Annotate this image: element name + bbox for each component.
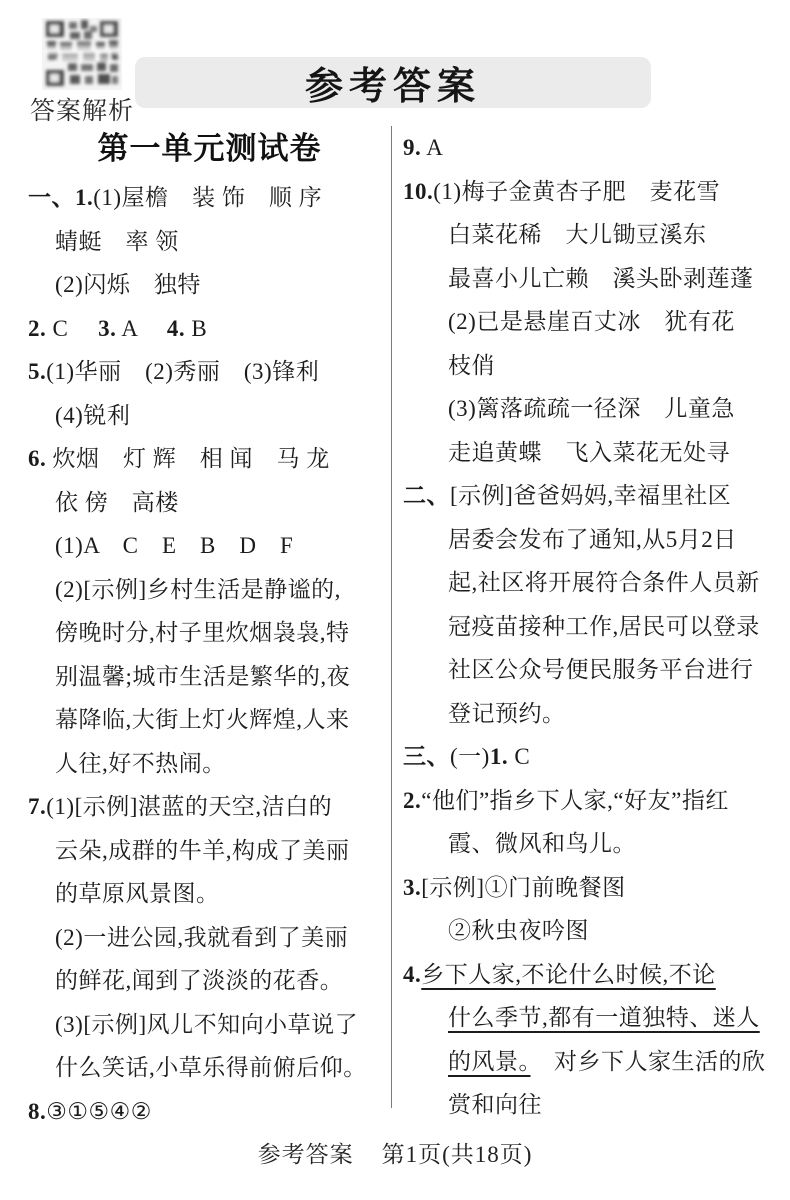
right-column: 9. A10.(1)梅子金黄杏子肥 麦花雪白菜花稀 大儿锄豆溪东最喜小儿亡赖 溪… [392,126,772,1133]
answer-text: (1)梅子金黄杏子肥 麦花雪 [433,179,720,204]
answer-text: ③①⑤④② [46,1099,152,1124]
answer-line: 最喜小儿亡赖 溪头卧剥莲蓬 [403,257,772,301]
answer-line: 起,社区将开展符合条件人员新 [403,561,772,605]
answer-line: 一、1.(1)屋檐 装 饰 顺 序 [28,176,391,220]
answer-text: [示例]爸爸妈妈,幸福里社区 [450,483,731,508]
footer-label: 参考答案 [258,1142,354,1167]
answer-text: 3. [403,875,421,900]
answer-line: 社区公众号便民服务平台进行 [403,648,772,692]
answer-line: 居委会发布了通知,从5月2日 [403,518,772,562]
answer-line: 白菜花稀 大儿锄豆溪东 [403,213,772,257]
answer-line: (3)篱落疏疏一径深 儿童急 [403,387,772,431]
answer-line: 人往,好不热闹。 [28,742,391,786]
answer-text: A [421,135,443,160]
answer-line: 的草原风景图。 [28,872,391,916]
page-footer: 参考答案第1页(共18页) [0,1136,790,1169]
answer-text: (一) [450,744,490,769]
answer-line: 什么季节,都有一道独特、迷人 [403,996,772,1040]
answer-line: (2)[示例]乡村生活是静谧的, [28,568,391,612]
answer-text: 什么季节,都有一道独特、迷人 [448,1005,760,1030]
answer-text: A [116,316,167,341]
answer-text: 9. [403,135,421,160]
answer-text: 4. [403,962,421,987]
answer-text: 2. [403,788,421,813]
answer-text: (2)闪烁 独特 [55,272,201,297]
answer-text: 二、 [403,483,450,508]
answer-text: (2)[示例]乡村生活是静谧的, [55,577,341,602]
answer-line: 10.(1)梅子金黄杏子肥 麦花雪 [403,170,772,214]
answer-line: (2)闪烁 独特 [28,263,391,307]
answer-line: 7.(1)[示例]湛蓝的天空,洁白的 [28,785,391,829]
qr-code-icon [42,18,122,90]
answer-text: (1)华丽 (2)秀丽 (3)锋利 [46,359,319,384]
answer-text: 冠疫苗接种工作,居民可以登录 [448,614,760,639]
answer-text: 6. [28,446,46,471]
answer-text: 8. [28,1099,46,1124]
answer-text: 一、1. [28,185,93,210]
answer-text: (3)篱落疏疏一径深 儿童急 [448,396,735,421]
answer-text: 的鲜花,闻到了淡淡的花香。 [55,968,343,993]
answer-text: 3. [98,316,116,341]
answer-text: 7. [28,794,46,819]
answer-text: 云朵,成群的牛羊,构成了美丽 [55,838,350,863]
answer-text: 10. [403,179,433,204]
answer-line: 登记预约。 [403,692,772,736]
answer-text: 白菜花稀 大儿锄豆溪东 [448,222,707,247]
answer-text: 最喜小儿亡赖 溪头卧剥莲蓬 [448,266,754,291]
page-title: 参考答案 [135,57,651,108]
answer-line: 依 傍 高楼 [28,481,391,525]
answer-line: 三、(一)1. C [403,735,772,779]
answer-text: B [185,316,207,341]
answer-text: 别温馨;城市生活是繁华的,夜 [55,664,350,689]
answer-text: 依 傍 高楼 [55,490,179,515]
qr-code-block: 答案解析 [24,18,140,127]
answer-line: 二、[示例]爸爸妈妈,幸福里社区 [403,474,772,518]
answer-text: 三、 [403,744,450,769]
answer-text: 的草原风景图。 [55,881,220,906]
answer-text: 5. [28,359,46,384]
answer-text: 的风景。 [448,1049,531,1074]
answer-text: ②秋虫夜吟图 [448,918,589,943]
answer-text: (2)已是悬崖百丈冰 犹有花 [448,309,735,334]
answer-line: 的风景。 对乡下人家生活的欣 [403,1040,772,1084]
answer-text: 蜻蜓 率 领 [55,229,179,254]
answer-text: (1)屋檐 装 饰 顺 序 [93,185,322,210]
qr-code-label: 答案解析 [24,91,140,127]
answer-text: 对乡下人家生活的欣 [531,1049,766,1074]
answer-text: (1)A C E B D F [55,533,293,558]
answer-line: 别温馨;城市生活是繁华的,夜 [28,655,391,699]
footer-page-info: 第1页(共18页) [382,1142,533,1167]
answer-line: 赏和向往 [403,1083,772,1127]
answer-text: 幕降临,大街上灯火辉煌,人来 [55,707,350,732]
answer-line: (4)锐利 [28,394,391,438]
answer-line: 4.乡下人家,不论什么时候,不论 [403,953,772,997]
answer-text: 人往,好不热闹。 [55,751,226,776]
answer-text: 傍晚时分,村子里炊烟袅袅,特 [55,620,350,645]
right-column-lines: 9. A10.(1)梅子金黄杏子肥 麦花雪白菜花稀 大儿锄豆溪东最喜小儿亡赖 溪… [403,126,772,1127]
answer-line: (3)[示例]风儿不知向小草说了 [28,1003,391,1047]
answer-text: 1. [490,744,508,769]
answer-line: 5.(1)华丽 (2)秀丽 (3)锋利 [28,350,391,394]
answer-text: 霞、微风和鸟儿。 [448,831,636,856]
answer-line: 霞、微风和鸟儿。 [403,822,772,866]
left-column: 第一单元测试卷 一、1.(1)屋檐 装 饰 顺 序蜻蜓 率 领(2)闪烁 独特2… [28,126,391,1133]
answer-text: 炊烟 灯 辉 相 闻 马 龙 [46,446,330,471]
answer-text: C [508,744,530,769]
answer-text: C [46,316,98,341]
answer-text: 走追黄蝶 飞入菜花无处寻 [448,440,730,465]
answer-text: “他们”指乡下人家,“好友”指红 [421,788,729,813]
answer-line: (1)A C E B D F [28,524,391,568]
answer-line: 的鲜花,闻到了淡淡的花香。 [28,959,391,1003]
answers-body: 第一单元测试卷 一、1.(1)屋檐 装 饰 顺 序蜻蜓 率 领(2)闪烁 独特2… [28,126,772,1133]
answer-line: (2)一进公园,我就看到了美丽 [28,916,391,960]
answer-line: 走追黄蝶 飞入菜花无处寻 [403,431,772,475]
answer-text: 赏和向往 [448,1092,542,1117]
answer-line: ②秋虫夜吟图 [403,909,772,953]
answer-line: 枝俏 [403,344,772,388]
answer-text: 居委会发布了通知,从5月2日 [448,527,737,552]
answer-text: 登记预约。 [448,701,566,726]
answer-text: (1)[示例]湛蓝的天空,洁白的 [46,794,332,819]
answer-text: (2)一进公园,我就看到了美丽 [55,925,348,950]
answer-line: 6. 炊烟 灯 辉 相 闻 马 龙 [28,437,391,481]
answer-text: 4. [167,316,185,341]
answer-text: (3)[示例]风儿不知向小草说了 [55,1012,358,1037]
answer-text: 乡下人家,不论什么时候,不论 [421,962,716,987]
answer-text: 枝俏 [448,353,495,378]
answer-line: 幕降临,大街上灯火辉煌,人来 [28,698,391,742]
answer-line: 云朵,成群的牛羊,构成了美丽 [28,829,391,873]
answer-line: 9. A [403,126,772,170]
answer-line: 蜻蜓 率 领 [28,220,391,264]
answer-line: (2)已是悬崖百丈冰 犹有花 [403,300,772,344]
answer-line: 8.③①⑤④② [28,1090,391,1134]
answer-line: 2.“他们”指乡下人家,“好友”指红 [403,779,772,823]
answer-line: 3.[示例]①门前晚餐图 [403,866,772,910]
section-heading: 第一单元测试卷 [28,126,391,176]
answer-line: 什么笑话,小草乐得前俯后仰。 [28,1046,391,1090]
answer-text: 起,社区将开展符合条件人员新 [448,570,760,595]
answer-text: 什么笑话,小草乐得前俯后仰。 [55,1055,367,1080]
answer-line: 傍晚时分,村子里炊烟袅袅,特 [28,611,391,655]
answer-text: (4)锐利 [55,403,130,428]
answer-text: 2. [28,316,46,341]
answer-line: 冠疫苗接种工作,居民可以登录 [403,605,772,649]
answer-text: [示例]①门前晚餐图 [421,875,625,900]
answer-text: 社区公众号便民服务平台进行 [448,657,754,682]
left-column-lines: 一、1.(1)屋檐 装 饰 顺 序蜻蜓 率 领(2)闪烁 独特2. C 3. A… [28,176,391,1133]
answer-line: 2. C 3. A 4. B [28,307,391,351]
